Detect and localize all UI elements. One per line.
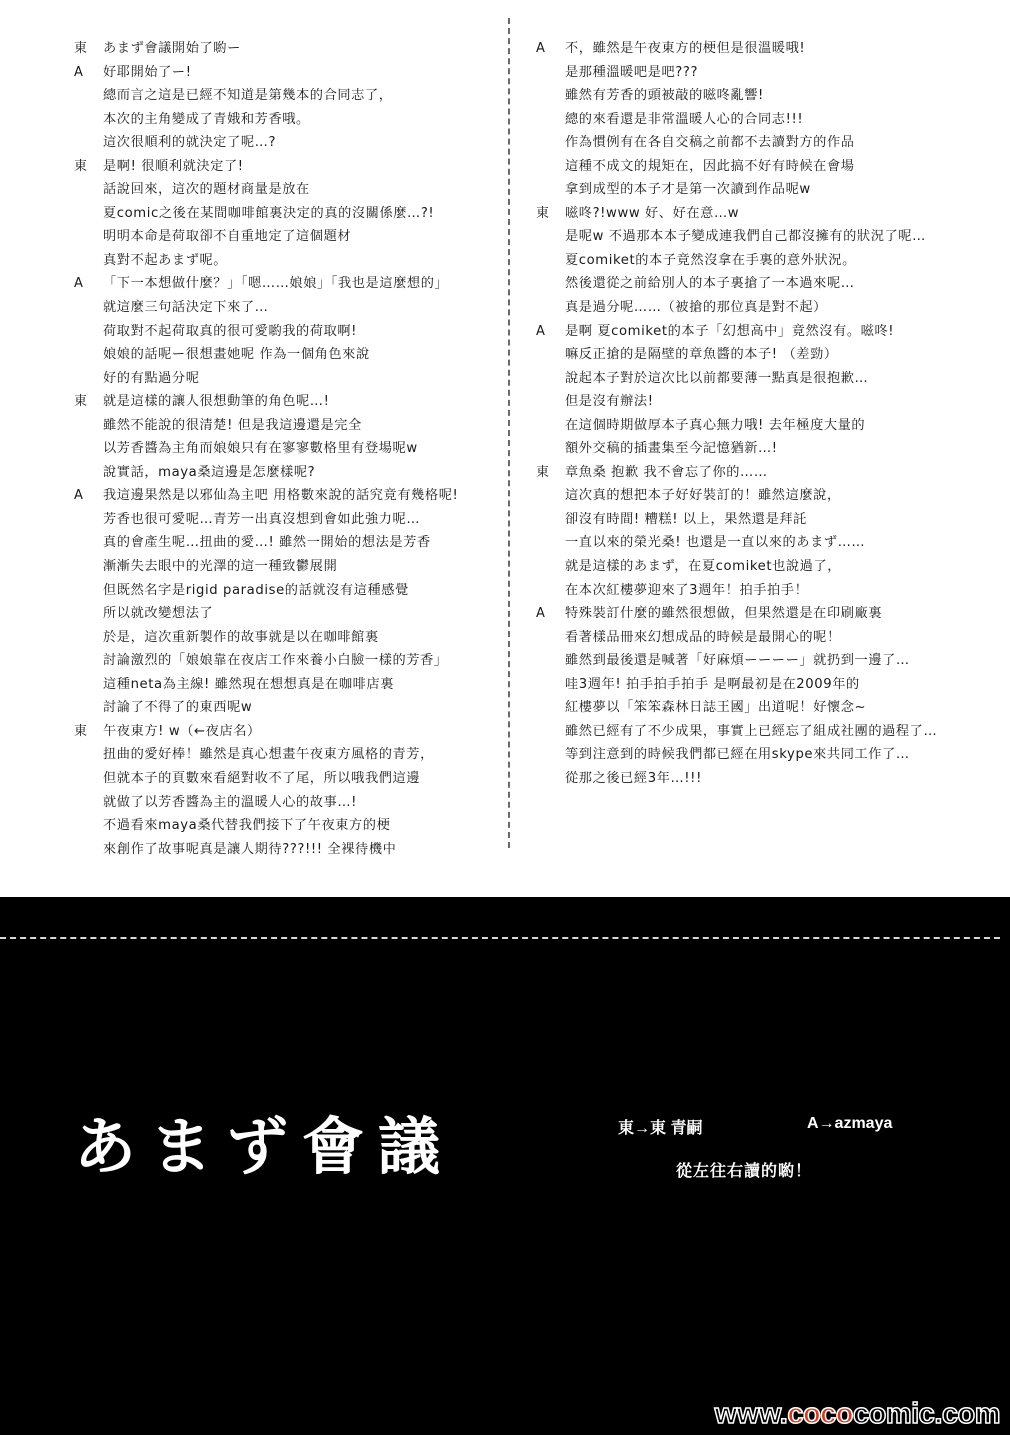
dialogue-line: A我這邊果然是以邪仙為主吧 用格數來說的話究竟有幾格呢! (74, 484, 494, 508)
dialogue-text: 看著樣品冊來幻想成品的時候是最開心的呢！ (565, 626, 841, 650)
dialogue-text: 話說回來，這次的題材商量是放在 (103, 178, 310, 202)
dialogue-text: 好耶開始了ー! (103, 61, 192, 85)
dialogue-text: 說起本子對於這次比以前都要薄一點真是很抱歉… (565, 367, 868, 391)
dialogue-text: 章魚桑 抱歉 我不會忘了你的…… (565, 461, 768, 485)
dialogue-text: 但既然名字是rigid paradise的話就沒有這種感覺 (103, 579, 409, 603)
dialogue-text: 好的有點過分呢 (103, 367, 200, 391)
dialogue-text: 荷取對不起荷取真的很可愛喲我的荷取啊! (103, 320, 357, 344)
dialogue-line: 好的有點過分呢 (74, 367, 494, 391)
dialogue-line: 真是過分呢……（被搶的那位真是對不起） (536, 296, 986, 320)
dialogue-text: 說實話，maya桑這邊是怎麼樣呢? (103, 461, 315, 485)
dialogue-line: 於是，這次重新製作的故事就是以在咖啡館裏 (74, 626, 494, 650)
title-banner: あまず會議 東→東 青嗣 A→azmaya 從左往右讀的喲！ www.cococ… (0, 897, 1010, 1435)
dialogue-line: 總而言之這是已經不知道是第幾本的合同志了， (74, 84, 494, 108)
dialogue-text: 拿到成型的本子才是第一次讀到作品呢w (565, 178, 811, 202)
watermark-suffix: comic.com (853, 1398, 1000, 1430)
dialogue-text: 特殊裝訂什麼的雖然很想做，但果然還是在印刷廠裏 (565, 602, 882, 626)
dialogue-line: A「下一本想做什麼？」「嗯……娘娘」「我也是這麼想的」 (74, 272, 494, 296)
legend-east: 東→東 青嗣 (618, 1115, 702, 1138)
dialogue-line: 卻沒有時間! 糟糕! 以上，果然還是拜託 (536, 508, 986, 532)
dialogue-text: 就是這樣的讓人很想動筆的角色呢…! (103, 390, 330, 414)
dialogue-line: 是呢w 不過那本本子變成連我們自己都沒擁有的狀況了呢… (536, 225, 986, 249)
dialogue-text: 在本次紅樓夢迎來了3週年！拍手拍手！ (565, 579, 808, 603)
dialogue-text: 這種不成文的規矩在，因此搞不好有時候在會場 (565, 155, 855, 179)
dialogue-line: 夏comic之後在某間咖啡館裏決定的真的沒關係麼…?! (74, 202, 494, 226)
speaker-label: A (74, 484, 98, 508)
dialogue-text: 卻沒有時間! 糟糕! 以上，果然還是拜託 (565, 508, 807, 532)
watermark-prefix: www. (715, 1398, 788, 1430)
dialogue-text: 這次很順利的就決定了呢…? (103, 131, 276, 155)
dialogue-line: 在這個時期做厚本子真心無力哦! 去年極度大量的 (536, 414, 986, 438)
dialogue-line: 說起本子對於這次比以前都要薄一點真是很抱歉… (536, 367, 986, 391)
dialogue-text: 一直以來的榮光桑! 也還是一直以來的あまず…… (565, 531, 865, 555)
dialogue-line: 東就是這樣的讓人很想動筆的角色呢…! (74, 390, 494, 414)
dialogue-line: 雖然已經有了不少成果，事實上已經忘了組成社團的過程了… (536, 720, 986, 744)
dialogue-text: 真是過分呢……（被搶的那位真是對不起） (565, 296, 827, 320)
dialogue-line: 東是啊! 很順利就決定了! (74, 155, 494, 179)
dialogue-line: 說實話，maya桑這邊是怎麼樣呢? (74, 461, 494, 485)
dialogue-column-right: A不，雖然是午夜東方的梗但是很溫暖哦!是那種溫暖吧是吧???雖然有芳香的頭被敲的… (536, 37, 986, 791)
dialogue-text: 就這麼三句話決定下來了… (103, 296, 268, 320)
dialogue-line: 討論激烈的「娘娘靠在夜店工作來養小白臉一樣的芳香」 (74, 649, 494, 673)
dialogue-line: A是啊 夏comiket的本子「幻想高中」竟然沒有。嗞咚! (536, 320, 986, 344)
dialogue-text: 來創作了故事呢真是讓人期待???!!! 全裸待機中 (103, 838, 396, 862)
dialogue-line: 真的會產生呢…扭曲的愛…! 雖然一開始的想法是芳香 (74, 531, 494, 555)
dialogue-line: 是那種溫暖吧是吧??? (536, 61, 986, 85)
site-watermark: www.cococomic.com (715, 1398, 1000, 1431)
dialogue-line: 一直以來的榮光桑! 也還是一直以來的あまず…… (536, 531, 986, 555)
dialogue-text: 是呢w 不過那本本子變成連我們自己都沒擁有的狀況了呢… (565, 225, 926, 249)
dialogue-text: 然後還從之前給別人的本子裏搶了一本過來呢… (565, 272, 855, 296)
dialogue-line: 嘛反正搶的是隔壁的章魚醬的本子! （差勁） (536, 343, 986, 367)
dialogue-text: 哇3週年! 拍手拍手拍手 是啊最初是在2009年的 (565, 673, 860, 697)
dialogue-text: 這種neta為主線! 雖然現在想想真是在咖啡店裏 (103, 673, 394, 697)
column-divider (508, 18, 510, 848)
dialogue-line: 東章魚桑 抱歉 我不會忘了你的…… (536, 461, 986, 485)
dialogue-text: 本次的主角變成了青娥和芳香哦。 (103, 108, 310, 132)
speaker-label: A (74, 61, 98, 85)
dialogue-line: 荷取對不起荷取真的很可愛喲我的荷取啊! (74, 320, 494, 344)
dialogue-line: A不，雖然是午夜東方的梗但是很溫暖哦! (536, 37, 986, 61)
dialogue-text: 芳香也很可愛呢…青芳一出真沒想到會如此強力呢… (103, 508, 420, 532)
dialogue-line: 在本次紅樓夢迎來了3週年！拍手拍手！ (536, 579, 986, 603)
dialogue-text: 午夜東方! w（←夜店名） (103, 720, 261, 744)
speaker-label: A (536, 602, 560, 626)
dialogue-text: 不，雖然是午夜東方的梗但是很溫暖哦! (565, 37, 805, 61)
dialogue-text: 雖然已經有了不少成果，事實上已經忘了組成社團的過程了… (565, 720, 937, 744)
dialogue-line: 從那之後已經3年…!!! (536, 767, 986, 791)
dialogue-text: 在這個時期做厚本子真心無力哦! 去年極度大量的 (565, 414, 865, 438)
speaker-label: 東 (536, 461, 560, 485)
dialogue-text: 雖然有芳香的頭被敲的嗞咚亂響! (565, 84, 764, 108)
dialogue-line: 東午夜東方! w（←夜店名） (74, 720, 494, 744)
dialogue-line: 討論了不得了的東西呢w (74, 696, 494, 720)
dialogue-line: 但既然名字是rigid paradise的話就沒有這種感覺 (74, 579, 494, 603)
dialogue-text: 是啊! 很順利就決定了! (103, 155, 244, 179)
reading-direction-note: 從左往右讀的喲！ (676, 1158, 812, 1181)
dialogue-line: 這種不成文的規矩在，因此搞不好有時候在會場 (536, 155, 986, 179)
dialogue-line: 雖然不能說的很清楚! 但是我這邊還是完全 (74, 414, 494, 438)
dialogue-text: 嘛反正搶的是隔壁的章魚醬的本子! （差勁） (565, 343, 838, 367)
dialogue-text: 但是沒有辦法! (565, 390, 654, 414)
dialogue-line: 這種neta為主線! 雖然現在想想真是在咖啡店裏 (74, 673, 494, 697)
dialogue-text: 雖然到最後還是喊著「好麻煩ーーーー」就扔到一邊了… (565, 649, 910, 673)
dialogue-text: 是那種溫暖吧是吧??? (565, 61, 698, 85)
dialogue-text: 總的來看還是非常溫暖人心的合同志!!! (565, 108, 803, 132)
dialogue-line: 話說回來，這次的題材商量是放在 (74, 178, 494, 202)
speaker-label: 東 (74, 37, 98, 61)
dialogue-line: 漸漸失去眼中的光澤的這一種致鬱展開 (74, 555, 494, 579)
watermark-accent: coco (787, 1398, 853, 1430)
dialogue-line: 以芳香醬為主角而娘娘只有在寥寥數格里有登場呢w (74, 437, 494, 461)
dialogue-line: 所以就改變想法了 (74, 602, 494, 626)
dialogue-line: 娘娘的話呢ー很想畫她呢 作為一個角色來說 (74, 343, 494, 367)
dialogue-column-left: 東あまず會議開始了喲ーA好耶開始了ー!總而言之這是已經不知道是第幾本的合同志了，… (74, 37, 494, 861)
dialogue-text: 「下一本想做什麼？」「嗯……娘娘」「我也是這麼想的」 (103, 272, 448, 296)
dialogue-line: 明明本命是荷取卻不自重地定了這個題材 (74, 225, 494, 249)
dialogue-line: 真對不起あまず呢。 (74, 249, 494, 273)
dialogue-line: 就做了以芳香醬為主的溫暖人心的故事…! (74, 791, 494, 815)
dialogue-line: 雖然有芳香的頭被敲的嗞咚亂響! (536, 84, 986, 108)
dialogue-text: 我這邊果然是以邪仙為主吧 用格數來說的話究竟有幾格呢! (103, 484, 458, 508)
dialogue-text: 雖然不能說的很清楚! 但是我這邊還是完全 (103, 414, 362, 438)
dialogue-text: 嗞咚?!www 好、好在意…w (565, 202, 739, 226)
banner-title: あまず會議 (74, 1112, 454, 1182)
dialogue-line: 總的來看還是非常溫暖人心的合同志!!! (536, 108, 986, 132)
dialogue-text: 作為慣例有在各自交稿之前都不去讀對方的作品 (565, 131, 855, 155)
dialogue-text: 就是這樣的あまず，在夏comiket也說過了， (565, 555, 841, 579)
legend-a: A→azmaya (807, 1115, 892, 1133)
dialogue-line: 夏comiket的本子竟然沒拿在手裏的意外狀況。 (536, 249, 986, 273)
dialogue-text: 扭曲的愛好棒！雖然是真心想畫午夜東方風格的青芳， (103, 743, 434, 767)
dashed-separator (0, 937, 1000, 939)
dialogue-line: 芳香也很可愛呢…青芳一出真沒想到會如此強力呢… (74, 508, 494, 532)
speaker-label: 東 (536, 202, 560, 226)
dialogue-line: 拿到成型的本子才是第一次讀到作品呢w (536, 178, 986, 202)
speaker-label: A (536, 37, 560, 61)
dialogue-text: 討論了不得了的東西呢w (103, 696, 252, 720)
dialogue-text: 以芳香醬為主角而娘娘只有在寥寥數格里有登場呢w (103, 437, 418, 461)
dialogue-line: A好耶開始了ー! (74, 61, 494, 85)
dialogue-line: 然後還從之前給別人的本子裏搶了一本過來呢… (536, 272, 986, 296)
dialogue-text: 但就本子的頁數來看絕對收不了尾，所以哦我們這邊 (103, 767, 420, 791)
dialogue-line: 就是這樣的あまず，在夏comiket也說過了， (536, 555, 986, 579)
dialogue-line: 哇3週年! 拍手拍手拍手 是啊最初是在2009年的 (536, 673, 986, 697)
dialogue-text: 真的會產生呢…扭曲的愛…! 雖然一開始的想法是芳香 (103, 531, 431, 555)
dialogue-line: 扭曲的愛好棒！雖然是真心想畫午夜東方風格的青芳， (74, 743, 494, 767)
dialogue-text: 紅樓夢以「笨笨森林日誌王國」出道呢！好懷念~ (565, 696, 866, 720)
speaker-label: 東 (74, 720, 98, 744)
dialogue-text: 額外交稿的插畫集至今記憶猶新…! (565, 437, 778, 461)
dialogue-line: 額外交稿的插畫集至今記憶猶新…! (536, 437, 986, 461)
dialogue-text: あまず會議開始了喲ー (103, 37, 241, 61)
dialogue-text: 總而言之這是已經不知道是第幾本的合同志了， (103, 84, 393, 108)
speaker-label: 東 (74, 390, 98, 414)
speaker-label: 東 (74, 155, 98, 179)
dialogue-line: 來創作了故事呢真是讓人期待???!!! 全裸待機中 (74, 838, 494, 862)
text-page: 東あまず會議開始了喲ーA好耶開始了ー!總而言之這是已經不知道是第幾本的合同志了，… (0, 0, 1010, 897)
dialogue-line: 作為慣例有在各自交稿之前都不去讀對方的作品 (536, 131, 986, 155)
dialogue-line: 但是沒有辦法! (536, 390, 986, 414)
dialogue-text: 討論激烈的「娘娘靠在夜店工作來養小白臉一樣的芳香」 (103, 649, 448, 673)
dialogue-line: 看著樣品冊來幻想成品的時候是最開心的呢！ (536, 626, 986, 650)
dialogue-line: 雖然到最後還是喊著「好麻煩ーーーー」就扔到一邊了… (536, 649, 986, 673)
speaker-label: A (74, 272, 98, 296)
dialogue-line: 這次很順利的就決定了呢…? (74, 131, 494, 155)
speaker-label: A (536, 320, 560, 344)
dialogue-line: 不過看來maya桑代替我們接下了午夜東方的梗 (74, 814, 494, 838)
dialogue-text: 不過看來maya桑代替我們接下了午夜東方的梗 (103, 814, 390, 838)
dialogue-text: 所以就改變想法了 (103, 602, 213, 626)
dialogue-line: A特殊裝訂什麼的雖然很想做，但果然還是在印刷廠裏 (536, 602, 986, 626)
dialogue-line: 東嗞咚?!www 好、好在意…w (536, 202, 986, 226)
dialogue-text: 明明本命是荷取卻不自重地定了這個題材 (103, 225, 351, 249)
dialogue-line: 這次真的想把本子好好裝訂的！雖然這麼說， (536, 484, 986, 508)
dialogue-text: 是啊 夏comiket的本子「幻想高中」竟然沒有。嗞咚! (565, 320, 894, 344)
dialogue-text: 夏comic之後在某間咖啡館裏決定的真的沒關係麼…?! (103, 202, 434, 226)
dialogue-line: 東あまず會議開始了喲ー (74, 37, 494, 61)
dialogue-text: 漸漸失去眼中的光澤的這一種致鬱展開 (103, 555, 337, 579)
dialogue-line: 紅樓夢以「笨笨森林日誌王國」出道呢！好懷念~ (536, 696, 986, 720)
dialogue-text: 夏comiket的本子竟然沒拿在手裏的意外狀況。 (565, 249, 856, 273)
dialogue-line: 就這麼三句話決定下來了… (74, 296, 494, 320)
dialogue-text: 這次真的想把本子好好裝訂的！雖然這麼說， (565, 484, 841, 508)
dialogue-line: 但就本子的頁數來看絕對收不了尾，所以哦我們這邊 (74, 767, 494, 791)
dialogue-text: 真對不起あまず呢。 (103, 249, 227, 273)
dialogue-text: 就做了以芳香醬為主的溫暖人心的故事…! (103, 791, 357, 815)
dialogue-text: 從那之後已經3年…!!! (565, 767, 702, 791)
dialogue-text: 於是，這次重新製作的故事就是以在咖啡館裏 (103, 626, 379, 650)
dialogue-line: 本次的主角變成了青娥和芳香哦。 (74, 108, 494, 132)
dialogue-line: 等到注意到的時候我們都已經在用skype來共同工作了… (536, 743, 986, 767)
dialogue-text: 娘娘的話呢ー很想畫她呢 作為一個角色來說 (103, 343, 370, 367)
dialogue-text: 等到注意到的時候我們都已經在用skype來共同工作了… (565, 743, 910, 767)
